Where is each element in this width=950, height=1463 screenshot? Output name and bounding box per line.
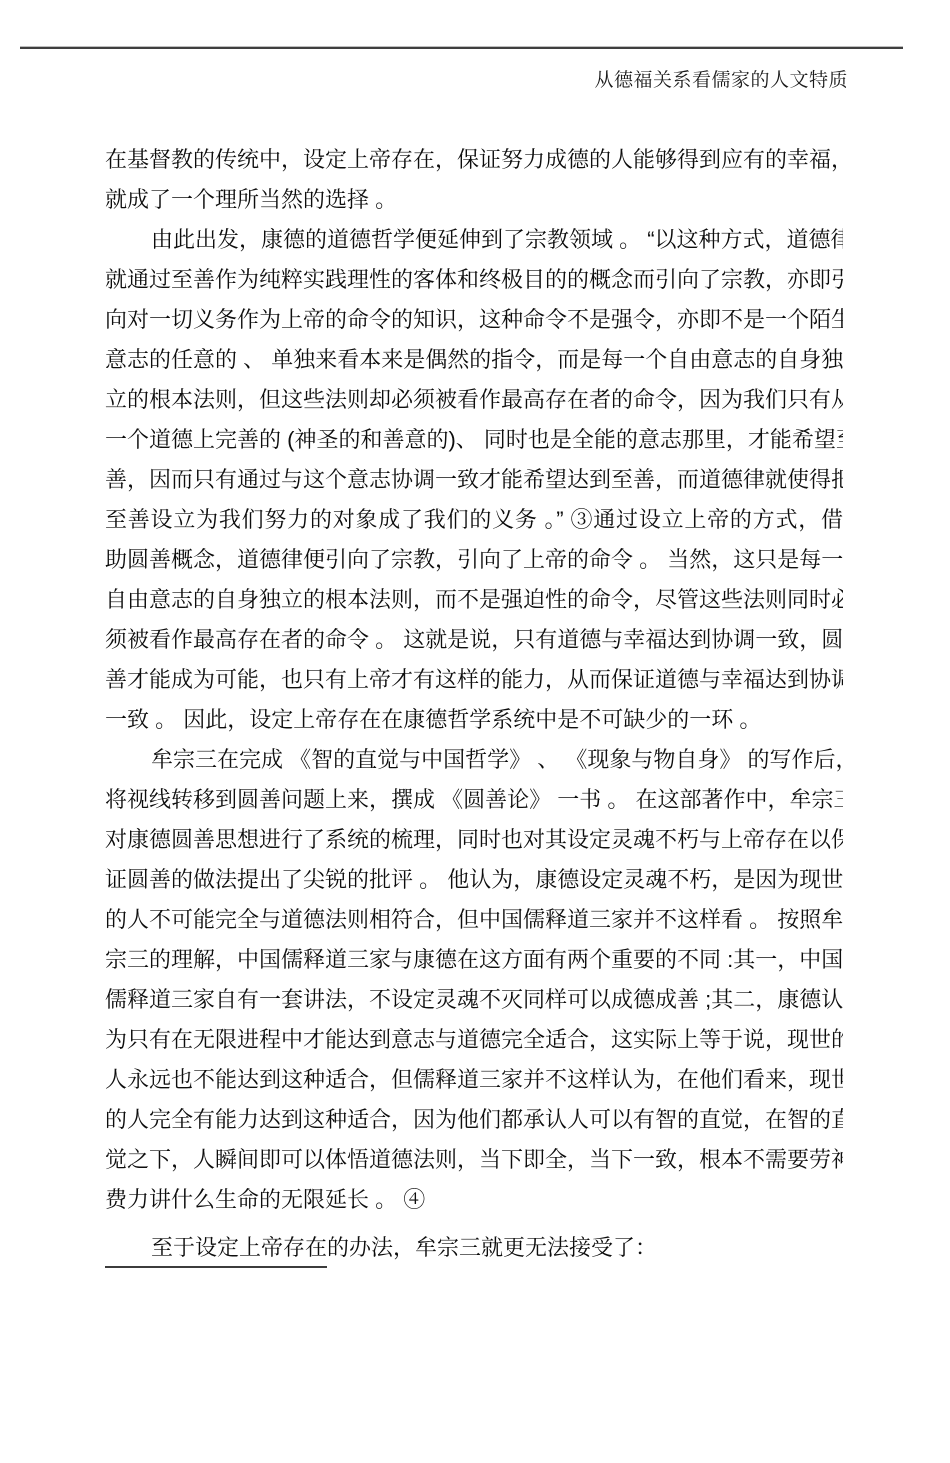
text-line: 由此出发，康德的道德哲学便延伸到了宗教领域 。 “以这种方式，道德律 [105, 220, 843, 260]
paragraph: 在基督教的传统中，设定上帝存在，保证努力成德的人能够得到应有的幸福，就成了一个理… [105, 140, 843, 220]
text-line: 善，因而只有通过与这个意志协调一致才能希望达到至善，而道德律就使得把 [105, 460, 843, 500]
text-line: 对康德圆善思想进行了系统的梳理，同时也对其设定灵魂不朽与上帝存在以保 [105, 820, 843, 860]
text-line: 就通过至善作为纯粹实践理性的客体和终极目的的概念而引向了宗教，亦即引 [105, 260, 843, 300]
text-line: 一个道德上完善的 (神圣的和善意的)、 同时也是全能的意志那里，才能希望至 [105, 420, 843, 460]
text-line: 自由意志的自身独立的根本法则，而不是强迫性的命令，尽管这些法则同时必 [105, 580, 843, 620]
document-body: 在基督教的传统中，设定上帝存在，保证努力成德的人能够得到应有的幸福，就成了一个理… [105, 140, 843, 1268]
line-text: 的办法，牟宗三就更无法接受了： [327, 1235, 657, 1260]
paragraph: 至于设定上帝存在的办法，牟宗三就更无法接受了： [105, 1228, 843, 1268]
text-line: 人永远也不能达到这种适合，但儒释道三家并不这样认为，在他们看来，现世 [105, 1060, 843, 1100]
text-line: 向对一切义务作为上帝的命令的知识，这种命令不是强令，亦即不是一个陌生 [105, 300, 843, 340]
underlined-lead-text: 至于设定上帝存在 [105, 1230, 327, 1268]
text-line: 助圆善概念，道德律便引向了宗教，引向了上帝的命令 。 当然，这只是每一个 [105, 540, 843, 580]
text-line: 费力讲什么生命的无限延长 。 ④ [105, 1180, 843, 1220]
text-line: 就成了一个理所当然的选择 。 [105, 180, 843, 220]
text-line: 将视线转移到圆善问题上来，撰成 《圆善论》 一书 。 在这部著作中，牟宗三 [105, 780, 843, 820]
header-divider-rule [20, 46, 903, 49]
text-line: 至善设立为我们努力的对象成了我们的义务 。” ③通过设立上帝的方式，借 [105, 500, 843, 540]
text-line: 至于设定上帝存在的办法，牟宗三就更无法接受了： [105, 1228, 843, 1268]
text-line: 觉之下，人瞬间即可以体悟道德法则，当下即全，当下一致，根本不需要劳神 [105, 1140, 843, 1180]
document-page: { "page": { "header": { "running_title":… [0, 0, 950, 1463]
text-line: 在基督教的传统中，设定上帝存在，保证努力成德的人能够得到应有的幸福， [105, 140, 843, 180]
text-line: 的人不可能完全与道德法则相符合，但中国儒释道三家并不这样看 。 按照牟 [105, 900, 843, 940]
text-line: 为只有在无限进程中才能达到意志与道德完全适合，这实际上等于说，现世的 [105, 1020, 843, 1060]
paragraph: 由此出发，康德的道德哲学便延伸到了宗教领域 。 “以这种方式，道德律就通过至善作… [105, 220, 843, 740]
text-line: 一致 。 因此，设定上帝存在在康德哲学系统中是不可缺少的一环 。 [105, 700, 843, 740]
text-line: 儒释道三家自有一套讲法，不设定灵魂不灭同样可以成德成善 ;其二，康德认 [105, 980, 843, 1020]
text-line: 善才能成为可能，也只有上帝才有这样的能力，从而保证道德与幸福达到协调 [105, 660, 843, 700]
running-header-title: 从德福关系看儒家的人文特质 [0, 66, 848, 96]
text-line: 意志的任意的 、 单独来看本来是偶然的指令，而是每一个自由意志的自身独 [105, 340, 843, 380]
text-line: 的人完全有能力达到这种适合，因为他们都承认人可以有智的直觉，在智的直 [105, 1100, 843, 1140]
text-line: 立的根本法则，但这些法则却必须被看作最高存在者的命令，因为我们只有从 [105, 380, 843, 420]
paragraph: 牟宗三在完成 《智的直觉与中国哲学》 、 《现象与物自身》 的写作后，将视线转移… [105, 740, 843, 1220]
text-line: 须被看作最高存在者的命令 。 这就是说，只有道德与幸福达到协调一致，圆 [105, 620, 843, 660]
text-line: 宗三的理解，中国儒释道三家与康德在这方面有两个重要的不同 :其一，中国 [105, 940, 843, 980]
text-line: 牟宗三在完成 《智的直觉与中国哲学》 、 《现象与物自身》 的写作后， [105, 740, 843, 780]
text-line: 证圆善的做法提出了尖锐的批评 。 他认为，康德设定灵魂不朽，是因为现世 [105, 860, 843, 900]
